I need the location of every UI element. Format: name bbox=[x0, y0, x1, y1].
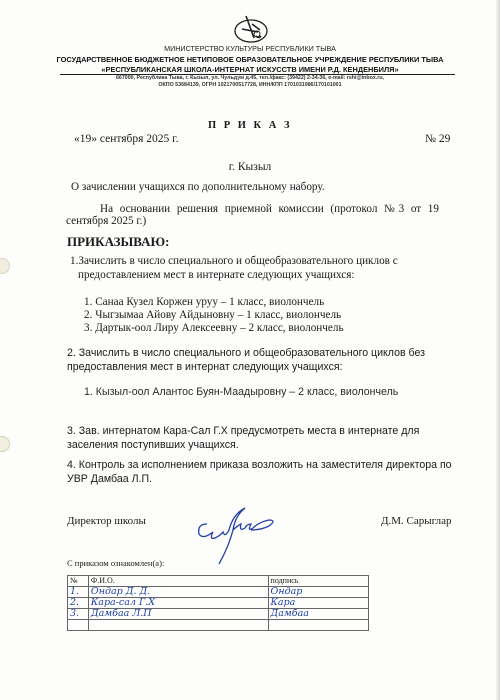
row-fullname: Дамбаа Л.П bbox=[88, 609, 268, 620]
student-list-item: 1. Санаа Кузел Коржен уруу – 1 класс, ви… bbox=[84, 296, 324, 308]
letterhead-ids: ОКПО 53684139, ОГРН 1021700517728, ИНН/К… bbox=[0, 82, 500, 88]
punch-hole bbox=[0, 258, 10, 274]
acknowledgement-table: № Ф.И.О. подпись 1. Ондар Д. Д. Ондар 2.… bbox=[67, 575, 369, 631]
order-item-1: 1.Зачислить в число специального и общео… bbox=[70, 254, 440, 282]
order-date: «19» сентября 2025 г. bbox=[74, 133, 178, 145]
signoff-position: Директор школы bbox=[67, 515, 146, 527]
order-item-2: 2. Зачислить в число специального и обще… bbox=[67, 347, 442, 374]
order-number: № 29 bbox=[425, 133, 450, 145]
row-number: 3. bbox=[68, 609, 89, 620]
letterhead-ministry: МИНИСТЕРСТВО КУЛЬТУРЫ РЕСПУБЛИКИ ТЫВА bbox=[0, 44, 500, 53]
row-fullname: Ондар Д. Д. bbox=[88, 587, 268, 598]
header-fullname: Ф.И.О. bbox=[88, 576, 268, 587]
row-fullname: Кара-сал Г.Х bbox=[88, 598, 268, 609]
punch-hole bbox=[0, 436, 10, 452]
letterhead-organization: ГОСУДАРСТВЕННОЕ БЮДЖЕТНОЕ НЕТИПОВОЕ ОБРА… bbox=[0, 55, 500, 64]
order-item-1-line2: предоставлением мест в интернате следующ… bbox=[70, 268, 440, 282]
table-row bbox=[68, 620, 369, 631]
row-number: 2. bbox=[68, 598, 89, 609]
order-directive-heading: ПРИКАЗЫВАЮ: bbox=[67, 234, 170, 250]
order-subject: О зачислении учащихся по дополнительному… bbox=[71, 181, 325, 193]
order-city: г. Кызыл bbox=[0, 161, 500, 173]
order-item-1-line1: 1.Зачислить в число специального и общео… bbox=[70, 255, 398, 267]
table-row: 2. Кара-сал Г.Х Кара bbox=[68, 598, 369, 609]
row-fullname bbox=[88, 620, 268, 631]
letterhead-school: «РЕСПУБЛИКАНСКАЯ ШКОЛА-ИНТЕРНАТ ИСКУССТВ… bbox=[0, 65, 500, 74]
dancer-emblem-icon bbox=[232, 14, 270, 44]
handwritten-signature-icon bbox=[193, 504, 283, 566]
header-number: № bbox=[68, 576, 89, 587]
order-basis: На основании решения приемной комиссии (… bbox=[66, 203, 439, 227]
row-number bbox=[68, 620, 89, 631]
document-title: П Р И К А З bbox=[0, 120, 500, 131]
table-row: 1. Ондар Д. Д. Ондар bbox=[68, 587, 369, 598]
document-page: МИНИСТЕРСТВО КУЛЬТУРЫ РЕСПУБЛИКИ ТЫВА ГО… bbox=[0, 0, 500, 700]
letterhead-address: 667000, Республика Тыва, г. Кызыл, ул. Ч… bbox=[0, 75, 500, 81]
student-list-item: 1. Кызыл-оол Алантос Буян-Маадыровну – 2… bbox=[84, 386, 398, 398]
order-item-4: 4. Контроль за исполнением приказа возло… bbox=[67, 459, 467, 486]
row-signature: Дамбаа bbox=[268, 609, 368, 620]
table-header-row: № Ф.И.О. подпись bbox=[68, 576, 369, 587]
header-signature: подпись bbox=[268, 576, 368, 587]
row-signature: Ондар bbox=[268, 587, 368, 598]
row-signature bbox=[268, 620, 368, 631]
acknowledgement-label: С приказом ознакомлен(а): bbox=[67, 558, 164, 568]
scan-edge bbox=[496, 0, 500, 700]
row-signature: Кара bbox=[268, 598, 368, 609]
signoff-name: Д.М. Сарыглар bbox=[381, 515, 451, 527]
row-number: 1. bbox=[68, 587, 89, 598]
order-item-3: 3. Зав. интернатом Кара-Сал Г.Х предусмо… bbox=[67, 425, 437, 452]
table-row: 3. Дамбаа Л.П Дамбаа bbox=[68, 609, 369, 620]
student-list-item: 2. Чыгзымаа Айову Айдыновну – 1 класс, в… bbox=[84, 309, 341, 321]
student-list-item: 3. Дартык-оол Лиру Алексеевну – 2 класс,… bbox=[84, 322, 344, 334]
